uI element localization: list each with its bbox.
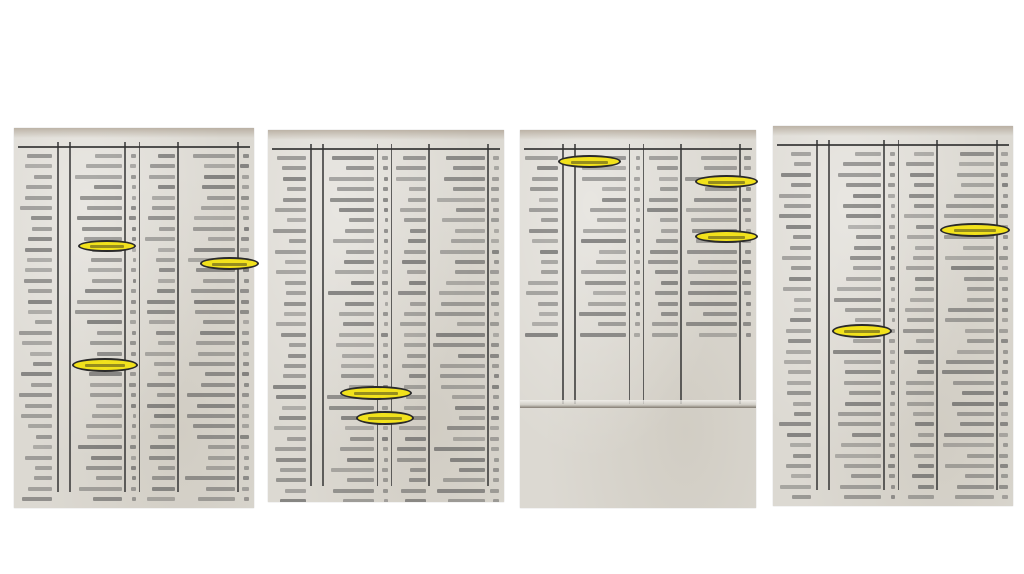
- text-line: [787, 391, 811, 395]
- text-line: [602, 187, 626, 191]
- text-line: [130, 341, 137, 345]
- text-line: [530, 187, 558, 191]
- text-line: [243, 320, 249, 324]
- text-line: [152, 487, 175, 491]
- text-line: [964, 277, 993, 281]
- text-line: [383, 291, 388, 295]
- text-line: [276, 458, 305, 462]
- text-line: [243, 476, 250, 480]
- column-divider: [936, 140, 938, 490]
- column-divider: [377, 144, 379, 486]
- column-divider: [139, 142, 141, 492]
- highlight-marker: [832, 324, 892, 338]
- text-line: [493, 478, 500, 482]
- text-line: [350, 437, 374, 441]
- text-line: [634, 198, 640, 202]
- text-line: [904, 350, 934, 354]
- text-line: [746, 187, 751, 191]
- text-line: [410, 229, 426, 233]
- text-line: [1002, 370, 1008, 374]
- text-line: [193, 227, 235, 231]
- text-line: [913, 412, 934, 416]
- text-line: [944, 214, 993, 218]
- text-line: [790, 443, 812, 447]
- text-line: [385, 302, 389, 306]
- text-line: [93, 497, 122, 501]
- text-line: [443, 478, 485, 482]
- text-line: [890, 266, 895, 270]
- text-line: [948, 308, 994, 312]
- text-line: [954, 194, 993, 198]
- text-line: [786, 329, 811, 333]
- text-line: [636, 166, 640, 170]
- text-line: [131, 393, 137, 397]
- text-line: [846, 214, 881, 218]
- text-line: [999, 214, 1008, 218]
- text-line: [837, 287, 881, 291]
- text-line: [283, 374, 306, 378]
- text-line: [284, 302, 306, 306]
- text-line: [440, 364, 486, 368]
- text-line: [891, 214, 895, 218]
- text-line: [159, 227, 175, 231]
- text-line: [343, 322, 375, 326]
- column-divider: [828, 140, 830, 490]
- text-line: [658, 302, 678, 306]
- text-line: [347, 478, 374, 482]
- text-line: [967, 287, 994, 291]
- text-line: [649, 198, 678, 202]
- text-line: [242, 175, 249, 179]
- text-line: [328, 291, 375, 295]
- text-line: [835, 454, 881, 458]
- text-line: [19, 393, 52, 397]
- text-line: [22, 497, 52, 501]
- text-line: [791, 474, 811, 478]
- column-divider: [237, 142, 239, 492]
- text-line: [843, 204, 881, 208]
- text-line: [906, 266, 934, 270]
- text-line: [35, 320, 53, 324]
- text-line: [794, 308, 811, 312]
- text-line: [149, 175, 175, 179]
- text-line: [194, 216, 235, 220]
- text-line: [435, 312, 485, 316]
- text-line: [150, 164, 174, 168]
- scanned-page-2: [268, 130, 504, 502]
- column-divider: [898, 140, 900, 490]
- text-line: [87, 320, 122, 324]
- text-line: [152, 196, 175, 200]
- text-line: [491, 187, 499, 191]
- text-line: [240, 435, 249, 439]
- column-divider: [562, 144, 564, 404]
- text-line: [890, 235, 895, 239]
- text-line: [636, 156, 640, 160]
- text-line: [383, 260, 388, 264]
- text-line: [581, 239, 626, 243]
- text-line: [384, 229, 388, 233]
- text-line: [408, 198, 426, 202]
- text-line: [398, 291, 426, 295]
- text-line: [132, 476, 137, 480]
- text-line: [687, 250, 738, 254]
- text-line: [491, 239, 500, 243]
- highlight-marker: [72, 358, 138, 372]
- text-line: [287, 437, 306, 441]
- text-line: [786, 350, 812, 354]
- text-line: [26, 185, 52, 189]
- text-line: [492, 250, 499, 254]
- text-line: [158, 372, 175, 376]
- text-line: [905, 308, 933, 312]
- text-line: [891, 391, 895, 395]
- text-line: [491, 198, 500, 202]
- text-line: [946, 204, 994, 208]
- text-line: [384, 322, 388, 326]
- text-line: [288, 354, 306, 358]
- text-line: [207, 196, 235, 200]
- text-line: [33, 445, 53, 449]
- text-line: [539, 198, 558, 202]
- text-line: [400, 322, 426, 326]
- text-line: [581, 270, 626, 274]
- text-line: [849, 391, 881, 395]
- text-line: [890, 402, 895, 406]
- text-line: [400, 208, 426, 212]
- text-line: [962, 391, 994, 395]
- text-line: [890, 360, 895, 364]
- text-line: [846, 183, 881, 187]
- text-line: [787, 381, 811, 385]
- text-line: [440, 250, 485, 254]
- text-line: [599, 250, 626, 254]
- text-line: [407, 354, 426, 358]
- highlight-marker: [695, 175, 758, 188]
- text-line: [97, 331, 122, 335]
- text-line: [34, 476, 53, 480]
- text-line: [158, 435, 175, 439]
- text-line: [31, 216, 52, 220]
- text-line: [157, 289, 174, 293]
- text-line: [957, 485, 994, 489]
- text-line: [275, 250, 306, 254]
- text-line: [193, 424, 235, 428]
- text-line: [855, 318, 881, 322]
- text-line: [703, 312, 737, 316]
- text-line: [944, 433, 994, 437]
- text-line: [204, 164, 235, 168]
- text-line: [746, 333, 751, 337]
- text-line: [336, 343, 374, 347]
- text-line: [848, 225, 881, 229]
- text-line: [383, 166, 388, 170]
- column-divider: [57, 142, 59, 492]
- text-line: [337, 187, 374, 191]
- text-line: [743, 322, 751, 326]
- text-line: [25, 164, 53, 168]
- text-line: [439, 291, 485, 295]
- text-line: [743, 208, 752, 212]
- text-line: [284, 312, 305, 316]
- text-line: [918, 360, 934, 364]
- text-line: [494, 458, 499, 462]
- text-line: [383, 426, 389, 430]
- text-line: [916, 225, 934, 229]
- text-line: [383, 489, 388, 493]
- text-line: [906, 381, 934, 385]
- text-line: [960, 422, 994, 426]
- text-line: [493, 333, 499, 337]
- text-line: [791, 266, 812, 270]
- text-line: [33, 362, 52, 366]
- column-divider: [680, 144, 682, 404]
- text-line: [634, 177, 640, 181]
- text-line: [540, 250, 558, 254]
- text-line: [688, 270, 737, 274]
- text-line: [158, 466, 175, 470]
- text-line: [131, 289, 137, 293]
- column-divider: [124, 142, 126, 492]
- text-line: [634, 260, 640, 264]
- text-line: [203, 320, 235, 324]
- text-line: [854, 246, 881, 250]
- text-line: [907, 235, 933, 239]
- text-line: [25, 456, 52, 460]
- text-line: [493, 468, 499, 472]
- text-line: [856, 235, 881, 239]
- text-line: [779, 194, 812, 198]
- text-line: [744, 291, 751, 295]
- text-line: [688, 291, 737, 295]
- text-line: [850, 256, 881, 260]
- text-line: [156, 331, 175, 335]
- text-line: [349, 218, 374, 222]
- text-line: [408, 239, 426, 243]
- text-line: [19, 331, 52, 335]
- text-line: [197, 435, 235, 439]
- column-divider: [322, 144, 324, 486]
- text-line: [187, 393, 235, 397]
- header-rule: [524, 148, 752, 150]
- text-line: [404, 406, 426, 410]
- text-line: [241, 445, 249, 449]
- text-line: [459, 468, 485, 472]
- text-line: [339, 333, 374, 337]
- text-line: [129, 383, 136, 387]
- text-line: [790, 318, 811, 322]
- text-line: [789, 277, 811, 281]
- text-line: [889, 308, 896, 312]
- text-line: [82, 227, 122, 231]
- text-line: [946, 360, 994, 364]
- column-divider: [69, 142, 71, 492]
- text-line: [206, 487, 235, 491]
- text-line: [382, 437, 389, 441]
- text-line: [891, 246, 895, 250]
- text-line: [890, 422, 895, 426]
- text-line: [276, 270, 306, 274]
- text-line: [282, 406, 306, 410]
- text-line: [636, 208, 640, 212]
- text-line: [242, 424, 249, 428]
- text-line: [890, 454, 895, 458]
- text-line: [793, 454, 811, 458]
- text-line: [382, 156, 388, 160]
- text-line: [915, 422, 934, 426]
- text-line: [494, 229, 499, 233]
- text-line: [1001, 152, 1008, 156]
- text-line: [158, 248, 175, 252]
- text-line: [493, 499, 500, 502]
- text-line: [383, 198, 388, 202]
- text-line: [846, 277, 881, 281]
- text-line: [382, 468, 388, 472]
- text-line: [916, 339, 933, 343]
- text-line: [491, 343, 499, 347]
- text-line: [25, 248, 53, 252]
- text-line: [844, 360, 881, 364]
- text-line: [275, 208, 305, 212]
- text-line: [690, 281, 737, 285]
- text-line: [410, 302, 426, 306]
- text-line: [746, 302, 751, 306]
- text-line: [195, 310, 235, 314]
- text-line: [131, 154, 136, 158]
- text-line: [661, 281, 679, 285]
- text-line: [661, 229, 678, 233]
- text-line: [242, 393, 249, 397]
- text-line: [402, 364, 426, 368]
- text-line: [491, 218, 500, 222]
- text-line: [588, 302, 626, 306]
- text-line: [240, 248, 249, 252]
- text-line: [283, 198, 306, 202]
- text-line: [784, 204, 811, 208]
- text-line: [917, 370, 934, 374]
- column-divider: [574, 144, 576, 404]
- text-line: [655, 270, 678, 274]
- text-line: [490, 354, 499, 358]
- text-line: [892, 318, 896, 322]
- column-divider: [816, 140, 818, 490]
- text-line: [635, 302, 641, 306]
- text-line: [410, 468, 426, 472]
- text-line: [285, 281, 306, 285]
- text-line: [442, 218, 485, 222]
- text-line: [538, 302, 557, 306]
- text-line: [90, 383, 122, 387]
- text-line: [890, 173, 895, 177]
- text-line: [636, 218, 640, 222]
- text-line: [490, 281, 499, 285]
- text-line: [967, 339, 994, 343]
- text-line: [88, 268, 122, 272]
- text-line: [383, 447, 388, 451]
- text-line: [436, 333, 485, 337]
- text-line: [147, 404, 174, 408]
- text-line: [242, 185, 249, 189]
- text-line: [493, 406, 499, 410]
- text-line: [187, 414, 235, 418]
- text-line: [333, 239, 374, 243]
- text-line: [918, 485, 934, 489]
- text-line: [96, 404, 122, 408]
- text-line: [636, 239, 641, 243]
- text-line: [149, 320, 175, 324]
- text-line: [77, 300, 122, 304]
- text-line: [383, 187, 389, 191]
- text-line: [890, 152, 895, 156]
- text-line: [742, 281, 751, 285]
- text-line: [967, 298, 994, 302]
- text-line: [699, 333, 738, 337]
- text-line: [242, 404, 249, 408]
- text-line: [580, 333, 626, 337]
- text-line: [532, 239, 558, 243]
- text-line: [344, 260, 374, 264]
- text-line: [1002, 495, 1008, 499]
- text-line: [396, 166, 426, 170]
- text-line: [243, 352, 250, 356]
- text-line: [132, 424, 136, 428]
- text-line: [834, 298, 881, 302]
- text-line: [792, 495, 812, 499]
- text-line: [838, 412, 881, 416]
- text-line: [242, 372, 250, 376]
- header-rule: [272, 148, 500, 150]
- text-line: [1002, 308, 1008, 312]
- text-line: [154, 362, 175, 366]
- text-line: [745, 250, 751, 254]
- text-line: [351, 281, 375, 285]
- text-line: [282, 166, 306, 170]
- text-line: [341, 374, 375, 378]
- text-line: [409, 187, 426, 191]
- text-line: [384, 239, 388, 243]
- text-line: [660, 187, 678, 191]
- text-line: [156, 258, 175, 262]
- text-line: [25, 268, 52, 272]
- column-divider: [883, 140, 885, 490]
- text-line: [999, 433, 1009, 437]
- text-line: [28, 424, 53, 428]
- text-line: [915, 277, 933, 281]
- text-line: [636, 312, 640, 316]
- text-line: [845, 370, 881, 374]
- text-line: [131, 175, 136, 179]
- text-line: [598, 322, 627, 326]
- text-line: [404, 312, 426, 316]
- text-line: [94, 185, 122, 189]
- text-line: [889, 339, 895, 343]
- text-line: [1003, 194, 1008, 198]
- text-line: [793, 402, 811, 406]
- text-line: [1001, 412, 1008, 416]
- text-line: [961, 183, 994, 187]
- text-line: [1002, 287, 1008, 291]
- text-line: [384, 208, 389, 212]
- text-line: [494, 374, 500, 378]
- text-line: [242, 487, 249, 491]
- text-line: [149, 456, 175, 460]
- text-line: [131, 456, 137, 460]
- text-line: [145, 352, 175, 356]
- text-line: [1001, 381, 1008, 385]
- text-line: [404, 343, 426, 347]
- text-line: [441, 302, 485, 306]
- torn-edge: [773, 126, 1013, 136]
